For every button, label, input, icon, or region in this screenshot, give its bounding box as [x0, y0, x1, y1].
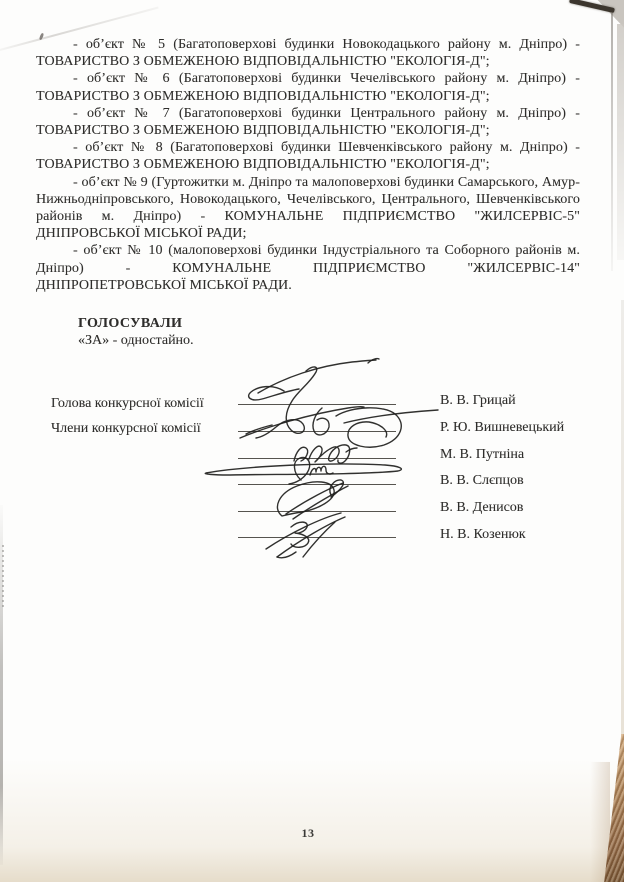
photo-background-right-sliver [617, 24, 624, 260]
voting-heading: ГОЛОСУВАЛИ [78, 315, 580, 332]
paragraph-object-10: - об’єкт № 10 (малоповерхові будинки Інд… [36, 242, 580, 294]
signature-line [238, 484, 396, 485]
voting-result: «ЗА» - одностайно. [78, 332, 580, 349]
signature-ink-row3 [294, 445, 357, 463]
signatory-name: Р. Ю. Вишневецький [440, 420, 564, 436]
page-number: 13 [302, 826, 315, 841]
signature-line [238, 458, 396, 459]
paragraph-object-9: - об’єкт № 9 (Гуртожитки м. Дніпро та ма… [36, 174, 580, 243]
paragraph-object-5: - об’єкт № 5 (Багатоповерхові будинки Но… [36, 36, 580, 70]
signature-ink-row5 [277, 480, 348, 519]
signatory-name: В. В. Грицай [440, 393, 516, 409]
signature-role-label-members: Члени конкурсної комісії [51, 421, 201, 437]
signatory-name: Н. В. Козенюк [440, 527, 526, 543]
scanned-document-page: - об’єкт № 5 (Багатоповерхові будинки Но… [0, 0, 624, 882]
document-body: - об’єкт № 5 (Багатоповерхові будинки Но… [0, 0, 624, 349]
signature-ink-row4 [205, 457, 401, 484]
signature-ink-row6 [266, 513, 345, 558]
signature-ink-row2 [240, 407, 438, 448]
signature-line [238, 537, 396, 538]
signatory-name: В. В. Слєпцов [440, 473, 524, 489]
paper-edge-left-marks [2, 545, 4, 607]
signature-line [238, 404, 396, 405]
signatory-name: В. В. Денисов [440, 500, 523, 516]
signature-ink-row1 [249, 359, 379, 438]
signature-role-label-head: Голова конкурсної комісії [51, 396, 204, 412]
paragraph-object-7: - об’єкт № 7 (Багатоповерхові будинки Це… [36, 105, 580, 139]
paper-edge-right-shadow [611, 13, 613, 271]
signature-line [238, 511, 396, 512]
paragraph-object-6: - об’єкт № 6 (Багатоповерхові будинки Че… [36, 70, 580, 104]
signature-line [238, 431, 396, 432]
signatory-name: М. В. Путніна [440, 447, 524, 463]
paragraph-object-8: - об’єкт № 8 (Багатоповерхові будинки Ше… [36, 139, 580, 173]
